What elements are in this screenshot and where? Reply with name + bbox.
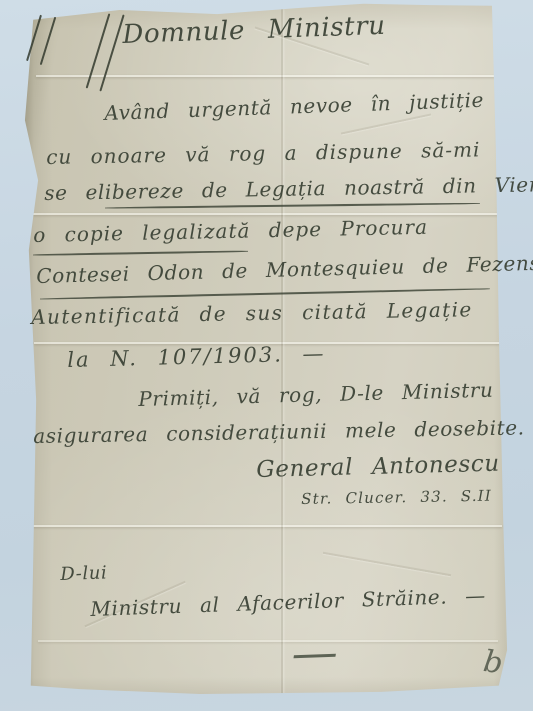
signature-address: Str. Clucer. 33. S.II	[301, 487, 492, 508]
fold-crease	[32, 525, 502, 527]
paper-wrinkle	[323, 552, 451, 576]
corner-pen-mark: b	[481, 644, 505, 681]
fold-crease	[38, 640, 498, 642]
fold-crease	[32, 213, 500, 215]
paper-wrinkle	[341, 113, 431, 134]
letter-photo: Domnule Ministru Având urgentă nevoe în …	[0, 0, 533, 711]
closing-dash-mark: —	[291, 636, 339, 668]
recipient-prefix: D-lui	[60, 562, 108, 585]
